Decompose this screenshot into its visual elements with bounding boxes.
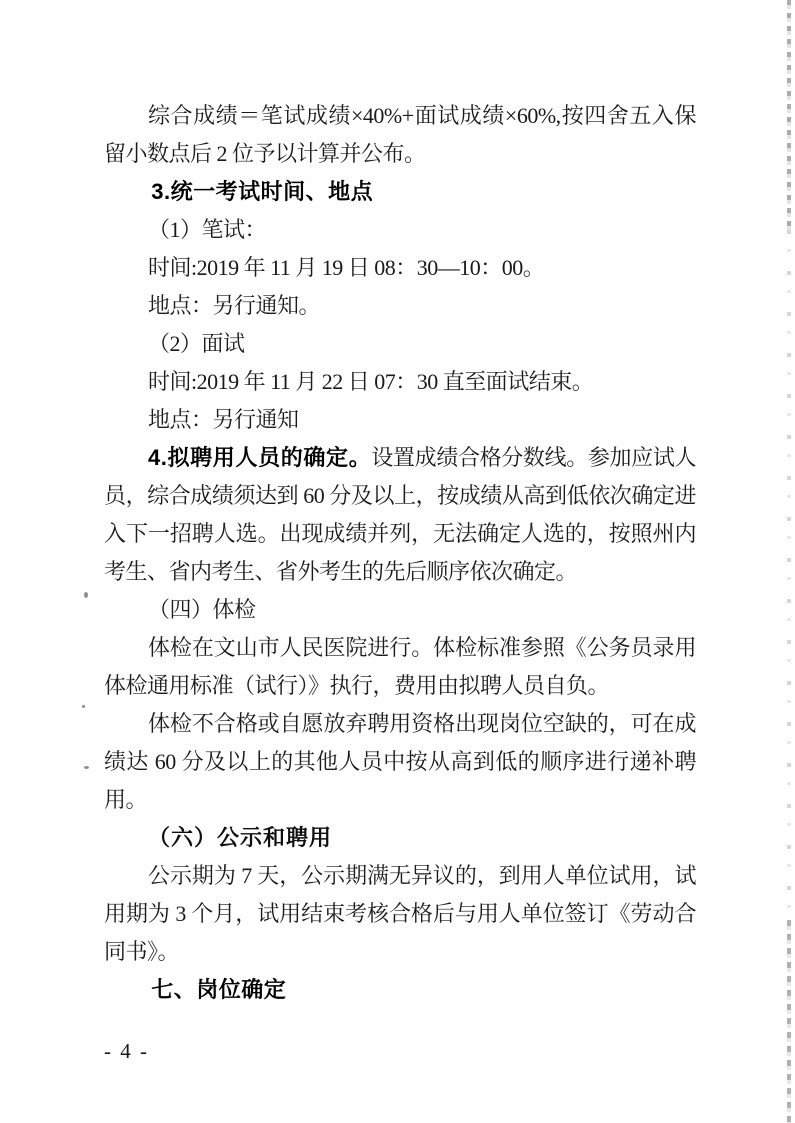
subheading-publicity-and-hiring: （六）公示和聘用 (104, 819, 696, 857)
paragraph-publicity-period: 公示期为 7 天，公示期满无异议的，到用人单位试用，试用期为 3 个月，试用结束… (104, 857, 696, 971)
paragraph-physical-exam-details: 体检在文山市人民医院进行。体检标准参照《公务员录用体检通用标准（试行）》执行，费… (104, 629, 696, 705)
scan-speck (84, 592, 88, 598)
scan-artifact-right-edge-middle (787, 230, 791, 920)
scan-speck (84, 766, 89, 769)
subheading-physical-exam: （四）体检 (104, 591, 696, 629)
paragraph-written-exam-place: 地点：另行通知。 (104, 287, 696, 325)
paragraph-interview-time: 时间:2019 年 11 月 22 日 07：30 直至面试结束。 (104, 363, 696, 401)
heading-position-determination: 七、岗位确定 (104, 971, 696, 1009)
paragraph-interview-place: 地点：另行通知 (104, 401, 696, 439)
paragraph-hire-candidate-determination: 4.拟聘用人员的确定。设置成绩合格分数线。参加应试人员，综合成绩须达到 60 分… (104, 439, 696, 591)
scan-artifact-right-edge-top (787, 0, 791, 230)
document-body: 综合成绩＝笔试成绩×40%+面试成绩×60%,按四舍五入保留小数点后 2 位予以… (104, 97, 696, 1009)
document-page: 综合成绩＝笔试成绩×40%+面试成绩×60%,按四舍五入保留小数点后 2 位予以… (0, 0, 795, 1123)
paragraph-written-exam-time: 时间:2019 年 11 月 19 日 08：30—10：00。 (104, 249, 696, 287)
page-number: - 4 - (104, 1036, 149, 1066)
paragraph-composite-score-formula: 综合成绩＝笔试成绩×40%+面试成绩×60%,按四舍五入保留小数点后 2 位予以… (104, 97, 696, 173)
heading-unified-exam-time-place: 3.统一考试时间、地点 (104, 173, 696, 211)
paragraph-interview-label: （2）面试 (104, 325, 696, 363)
paragraph-replacement-rule: 体检不合格或自愿放弃聘用资格出现岗位空缺的，可在成绩达 60 分及以上的其他人员… (104, 705, 696, 819)
paragraph-written-exam-label: （1）笔试： (104, 211, 696, 249)
scan-speck (82, 705, 85, 708)
scan-artifact-right-edge-bottom (787, 920, 791, 1123)
paragraph-bold-lead: 4.拟聘用人员的确定。 (148, 445, 371, 470)
